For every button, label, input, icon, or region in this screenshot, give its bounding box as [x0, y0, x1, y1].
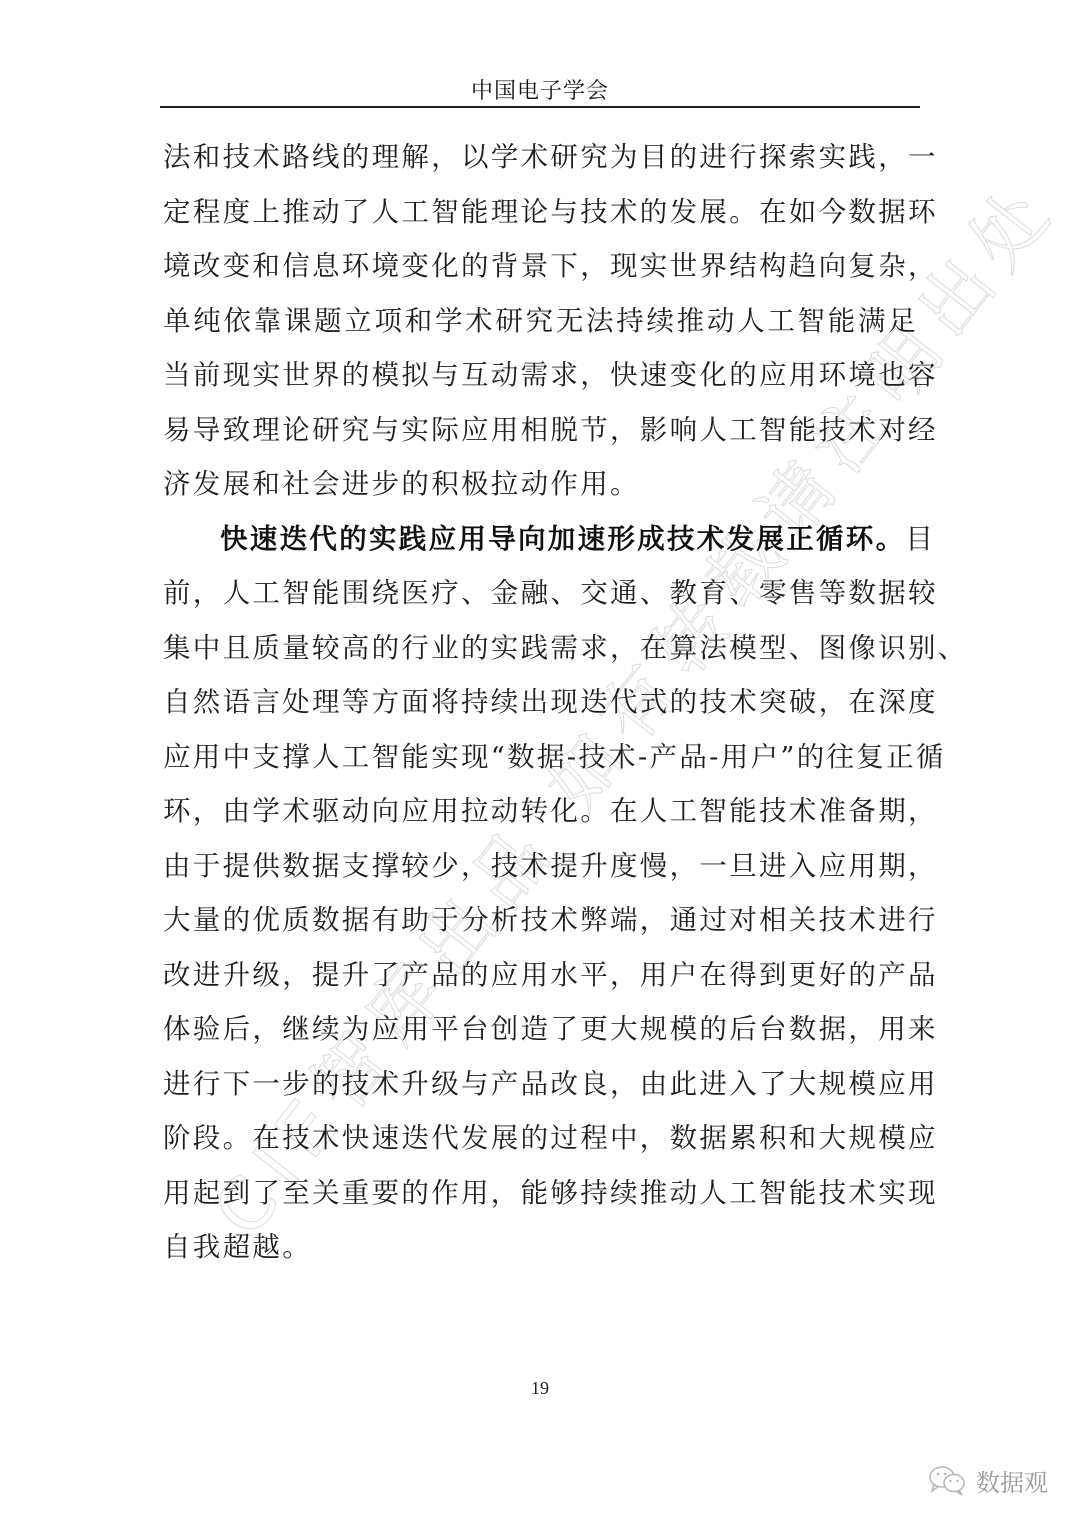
- paragraph-2: 快速迭代的实践应用导向加速形成技术发展正循环。目 前，人工智能围绕医疗、金融、交…: [163, 512, 918, 1275]
- text-line: 用起到了至关重要的作用，能够持续推动人工智能技术实现: [163, 1166, 918, 1221]
- text-line: 前，人工智能围绕医疗、金融、交通、教育、零售等数据较: [163, 566, 918, 621]
- page-number: 19: [0, 1378, 1080, 1399]
- brand-label: 数据观: [976, 1463, 1048, 1498]
- text-line: 由于提供数据支撑较少，技术提升度慢，一旦进入应用期，: [163, 839, 918, 894]
- text-fragment: 目: [905, 523, 935, 555]
- text-line: 定程度上推动了人工智能理论与技术的发展。在如今数据环: [163, 185, 918, 240]
- text-line: 单纯依靠课题立项和学术研究无法持续推动人工智能满足: [163, 294, 918, 349]
- header-title: 中国电子学会: [471, 79, 609, 104]
- wechat-icon: [928, 1465, 968, 1497]
- text-line: 境改变和信息环境变化的背景下，现实世界结构趋向复杂，: [163, 239, 918, 294]
- header-divider: [160, 106, 920, 108]
- text-line: 体验后，继续为应用平台创造了更大规模的后台数据，用来: [163, 1002, 918, 1057]
- text-line: 快速迭代的实践应用导向加速形成技术发展正循环。目: [163, 512, 918, 567]
- document-body: 法和技术路线的理解，以学术研究为目的进行探索实践，一 定程度上推动了人工智能理论…: [163, 130, 918, 1275]
- text-line: 自然语言处理等方面将持续出现迭代式的技术突破，在深度: [163, 675, 918, 730]
- text-line: 大量的优质数据有助于分析技术弊端，通过对相关技术进行: [163, 893, 918, 948]
- document-header: 中国电子学会: [160, 74, 920, 105]
- text-line: 进行下一步的技术升级与产品改良，由此进入了大规模应用: [163, 1057, 918, 1112]
- text-line: 集中且质量较高的行业的实践需求，在算法模型、图像识别、: [163, 621, 918, 676]
- brand-badge: 数据观: [928, 1463, 1048, 1498]
- text-line: 法和技术路线的理解，以学术研究为目的进行探索实践，一: [163, 130, 918, 185]
- text-line: 济发展和社会进步的积极拉动作用。: [163, 457, 918, 512]
- text-line: 易导致理论研究与实际应用相脱节，影响人工智能技术对经: [163, 403, 918, 458]
- paragraph-lead-heading: 快速迭代的实践应用导向加速形成技术发展正循环。: [220, 523, 905, 555]
- paragraph-1: 法和技术路线的理解，以学术研究为目的进行探索实践，一 定程度上推动了人工智能理论…: [163, 130, 918, 512]
- text-line: 环，由学术驱动向应用拉动转化。在人工智能技术准备期，: [163, 784, 918, 839]
- text-line: 当前现实世界的模拟与互动需求，快速变化的应用环境也容: [163, 348, 918, 403]
- text-line: 阶段。在技术快速迭代发展的过程中，数据累积和大规模应: [163, 1111, 918, 1166]
- text-line: 改进升级，提升了产品的应用水平，用户在得到更好的产品: [163, 948, 918, 1003]
- text-line: 自我超越。: [163, 1220, 918, 1275]
- text-line: 应用中支撑人工智能实现“数据-技术-产品-用户”的往复正循: [163, 730, 918, 785]
